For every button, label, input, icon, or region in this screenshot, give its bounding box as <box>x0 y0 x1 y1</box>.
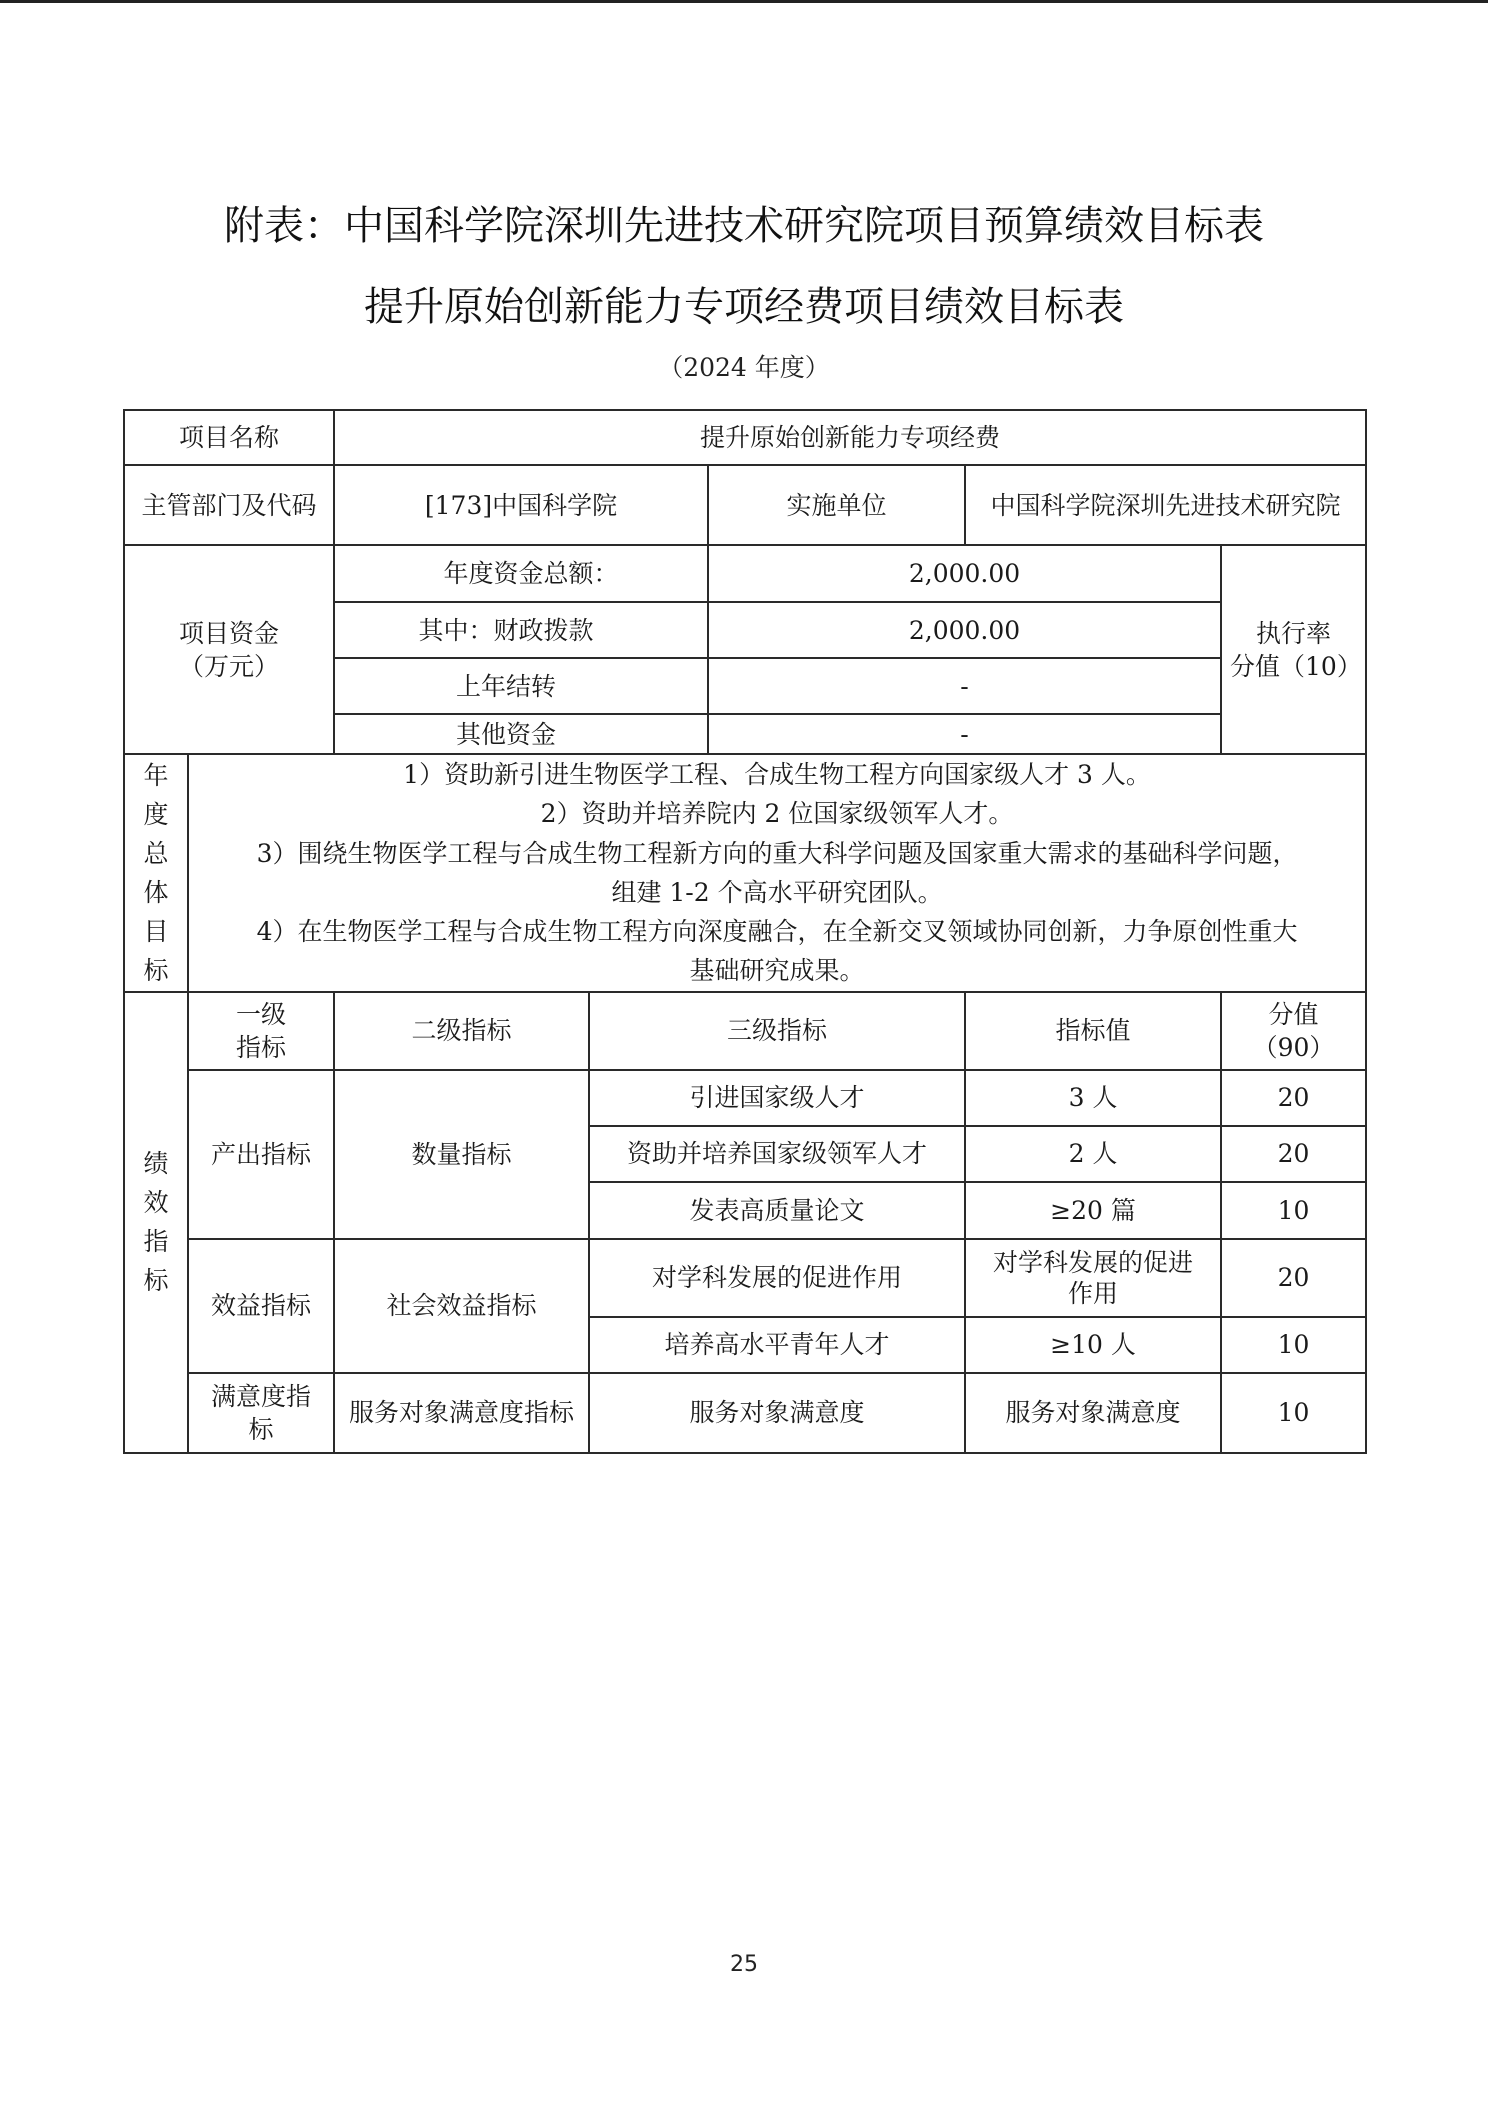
exec-rate-line2: 分值（10） <box>1230 650 1357 683</box>
annual-goals-text: 1）资助新引进生物医学工程、合成生物工程方向国家级人才 3 人。 2）资助并培养… <box>188 754 1366 992</box>
funding-label: 项目资金 （万元） <box>124 545 334 754</box>
label-char: 体 <box>133 873 179 912</box>
value-cell: 服务对象满意度 <box>965 1373 1221 1453</box>
document-title: 附表：中国科学院深圳先进技术研究院项目预算绩效目标表 <box>0 194 1488 251</box>
level3-cell: 引进国家级人才 <box>589 1070 965 1126</box>
level3-cell: 对学科发展的促进作用 <box>589 1239 965 1317</box>
indicator-row: 效益指标 社会效益指标 对学科发展的促进作用 对学科发展的促进作用 20 <box>124 1239 1366 1317</box>
funding-row-label: 其中：财政拨款 <box>334 602 708 658</box>
project-name-value: 提升原始创新能力专项经费 <box>334 410 1366 465</box>
goal-line: 2）资助并培养院内 2 位国家级领军人才。 <box>197 794 1357 833</box>
document-subtitle: 提升原始创新能力专项经费项目绩效目标表 <box>0 275 1488 332</box>
header-level1: 一级 指标 <box>188 992 334 1070</box>
level3-cell: 服务对象满意度 <box>589 1373 965 1453</box>
unit-value: 中国科学院深圳先进技术研究院 <box>965 465 1366 545</box>
label-char: 度 <box>133 795 179 834</box>
goal-line: 组建 1-2 个高水平研究团队。 <box>197 873 1357 912</box>
label-char: 标 <box>133 951 179 990</box>
score-cell: 10 <box>1221 1182 1366 1239</box>
label-char: 总 <box>133 834 179 873</box>
label-char: 年 <box>133 756 179 795</box>
header-value: 指标值 <box>965 992 1221 1070</box>
funding-row-value: - <box>708 714 1221 754</box>
level3-cell: 培养高水平青年人才 <box>589 1317 965 1373</box>
exec-rate-line1: 执行率 <box>1230 617 1357 650</box>
funding-label-line2: （万元） <box>133 650 325 683</box>
level1-cell: 满意度指标 <box>188 1373 334 1453</box>
header-score-line1: 分值 <box>1230 998 1357 1031</box>
performance-target-table: 项目名称 提升原始创新能力专项经费 主管部门及代码 [173]中国科学院 实施单… <box>123 409 1367 1454</box>
header-score: 分值 （90） <box>1221 992 1366 1070</box>
value-cell: ≥10 人 <box>965 1317 1221 1373</box>
funding-row-label: 上年结转 <box>334 658 708 714</box>
score-cell: 20 <box>1221 1126 1366 1182</box>
level2-cell: 数量指标 <box>334 1070 589 1239</box>
funding-row-value: 2,000.00 <box>708 545 1221 602</box>
goal-line: 4）在生物医学工程与合成生物工程方向深度融合，在全新交叉领域协同创新，力争原创性… <box>197 912 1357 951</box>
funding-label-line1: 项目资金 <box>133 617 325 650</box>
annual-goals-row: 年 度 总 体 目 标 1）资助新引进生物医学工程、合成生物工程方向国家级人才 … <box>124 754 1366 992</box>
header-score-line2: （90） <box>1230 1031 1357 1064</box>
score-cell: 20 <box>1221 1239 1366 1317</box>
funding-row-value: 2,000.00 <box>708 602 1221 658</box>
dept-unit-row: 主管部门及代码 [173]中国科学院 实施单位 中国科学院深圳先进技术研究院 <box>124 465 1366 545</box>
funding-row-value: - <box>708 658 1221 714</box>
goal-line: 基础研究成果。 <box>197 951 1357 990</box>
page-top-rule <box>0 0 1488 3</box>
score-cell: 10 <box>1221 1373 1366 1453</box>
level1-cell: 效益指标 <box>188 1239 334 1373</box>
value-cell: 2 人 <box>965 1126 1221 1182</box>
level1-cell: 产出指标 <box>188 1070 334 1239</box>
exec-rate-score: 执行率 分值（10） <box>1221 545 1366 754</box>
indicator-row: 产出指标 数量指标 引进国家级人才 3 人 20 <box>124 1070 1366 1126</box>
label-char: 目 <box>133 912 179 951</box>
funding-row: 项目资金 （万元） 年度资金总额： 2,000.00 执行率 分值（10） <box>124 545 1366 602</box>
year-note: （2024 年度） <box>0 348 1488 384</box>
value-cell: 3 人 <box>965 1070 1221 1126</box>
level2-cell: 社会效益指标 <box>334 1239 589 1373</box>
level2-cell: 服务对象满意度指标 <box>334 1373 589 1453</box>
label-char: 绩 <box>133 1144 179 1183</box>
label-char: 标 <box>133 1261 179 1300</box>
label-char: 指 <box>133 1222 179 1261</box>
indicator-row: 满意度指标 服务对象满意度指标 服务对象满意度 服务对象满意度 10 <box>124 1373 1366 1453</box>
goal-line: 3）围绕生物医学工程与合成生物工程新方向的重大科学问题及国家重大需求的基础科学问… <box>197 834 1357 873</box>
score-cell: 20 <box>1221 1070 1366 1126</box>
header-level1-line2: 指标 <box>197 1031 325 1064</box>
project-name-label: 项目名称 <box>124 410 334 465</box>
dept-value: [173]中国科学院 <box>334 465 708 545</box>
label-char: 效 <box>133 1183 179 1222</box>
project-name-row: 项目名称 提升原始创新能力专项经费 <box>124 410 1366 465</box>
level3-cell: 发表高质量论文 <box>589 1182 965 1239</box>
dept-label-text: 主管部门及代码 <box>142 491 317 520</box>
page-number: 25 <box>0 1952 1488 1977</box>
score-cell: 10 <box>1221 1317 1366 1373</box>
funding-row-label: 其他资金 <box>334 714 708 754</box>
unit-label: 实施单位 <box>708 465 965 545</box>
funding-row-label: 年度资金总额： <box>334 545 708 602</box>
level3-cell: 资助并培养国家级领军人才 <box>589 1126 965 1182</box>
dept-label: 主管部门及代码 <box>124 465 334 545</box>
value-cell: ≥20 篇 <box>965 1182 1221 1239</box>
indicator-header-row: 绩 效 指 标 一级 指标 二级指标 三级指标 指标值 分值 （90） <box>124 992 1366 1070</box>
header-level2: 二级指标 <box>334 992 589 1070</box>
value-cell: 对学科发展的促进作用 <box>965 1239 1221 1317</box>
goal-line: 1）资助新引进生物医学工程、合成生物工程方向国家级人才 3 人。 <box>197 755 1357 794</box>
header-level1-line1: 一级 <box>197 998 325 1031</box>
performance-label: 绩 效 指 标 <box>124 992 188 1453</box>
annual-goals-label: 年 度 总 体 目 标 <box>124 754 188 992</box>
header-level3: 三级指标 <box>589 992 965 1070</box>
